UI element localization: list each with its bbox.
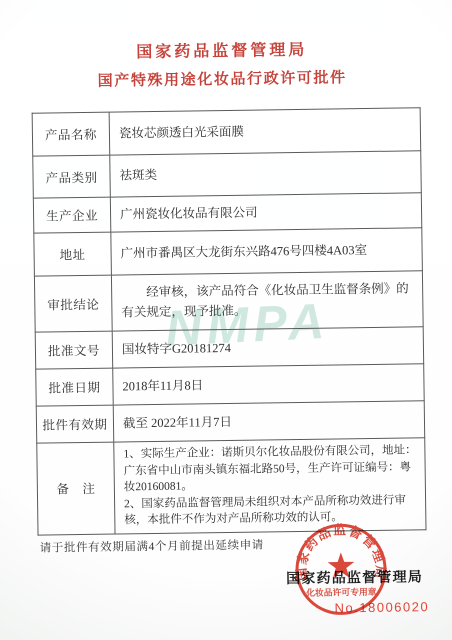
table-row-manufacturer: 生产企业 广州瓷妆化妆品有限公司 xyxy=(33,193,421,233)
row-label: 审批结论 xyxy=(34,275,112,332)
table-row-product-name: 产品名称 瓷妆芯颜透白光采面膜 xyxy=(32,108,421,156)
table-row-approval-conclusion: 审批结论 经审核，该产品符合《化妆品卫生监督条例》的有关规定，现予批准。 xyxy=(34,271,423,332)
row-label: 产品名称 xyxy=(32,112,110,156)
title-authority: 国家药品监督管理局 xyxy=(0,35,448,64)
conclusion-text: 经审核，该产品符合《化妆品卫生监督条例》的有关规定，现予批准。 xyxy=(121,279,417,322)
seal-bottom-text: 化妆品许可专用章 xyxy=(305,586,377,598)
official-seal: 国家药品监督管理局 化妆品许可专用章 xyxy=(290,519,391,620)
row-label: 产品类别 xyxy=(33,155,111,198)
row-label: 备 注 xyxy=(37,442,115,535)
row-value: 瓷妆芯颜透白光采面膜 xyxy=(109,108,421,155)
row-label: 批准文号 xyxy=(35,331,113,369)
row-value: 经审核，该产品符合《化妆品卫生监督条例》的有关规定，现予批准。 xyxy=(111,271,423,331)
table-row-address: 地址 广州市番禺区大龙街东兴路476号四楼4A03室 xyxy=(34,228,423,276)
remarks-text: 1、实际生产企业：诺斯贝尔化妆品股份有限公司，地址：广东省中山市南头镇东福北路5… xyxy=(123,440,419,531)
document-title: 国家药品监督管理局 国产特殊用途化妆品行政许可批件 xyxy=(0,35,448,92)
table-row-approval-number: 批准文号 国妆特字G20181274 xyxy=(35,327,423,369)
row-label: 地址 xyxy=(34,232,112,276)
row-value: 广州瓷妆化妆品有限公司 xyxy=(110,193,421,232)
row-label: 生产企业 xyxy=(33,197,110,233)
title-document-type: 国产特殊用途化妆品行政许可批件 xyxy=(0,65,448,92)
renewal-reminder: 请于批件有效期届满4个月前提出延续申请 xyxy=(40,536,264,555)
row-value: 2018年11月8日 xyxy=(113,364,424,405)
row-label: 批准日期 xyxy=(36,368,114,406)
certificate-sheet: 国家药品监督管理局 国产特殊用途化妆品行政许可批件 NMPA 产品名称 瓷妆芯颜… xyxy=(0,0,452,640)
seal-star-icon xyxy=(328,552,355,578)
table-row-approval-date: 批准日期 2018年11月8日 xyxy=(36,364,424,406)
row-value: 截至 2022年11月7日 xyxy=(113,401,424,442)
row-value: 国妆特字G20181274 xyxy=(112,327,423,368)
row-value: 祛斑类 xyxy=(110,151,422,197)
row-value: 广州市番禺区大龙街东兴路476号四楼4A03室 xyxy=(111,228,423,275)
table-row-product-category: 产品类别 祛斑类 xyxy=(33,151,422,198)
table-row-validity-period: 批件有效期 截至 2022年11月7日 xyxy=(36,401,424,443)
svg-text:国家药品监督管理局: 国家药品监督管理局 xyxy=(293,522,389,582)
approval-table: 产品名称 瓷妆芯颜透白光采面膜 产品类别 祛斑类 生产企业 广州瓷妆化妆品有限公… xyxy=(32,107,427,535)
row-label: 批件有效期 xyxy=(36,405,114,443)
seal-ring-text: 国家药品监督管理局 xyxy=(293,522,389,582)
